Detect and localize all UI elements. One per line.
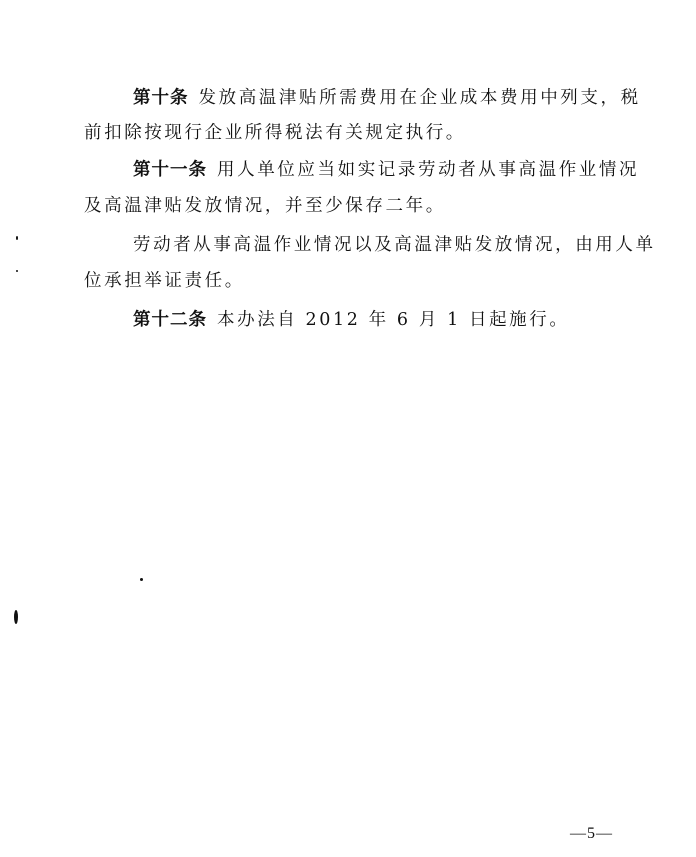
article-10-line-1: 第十条发放高温津贴所需费用在企业成本费用中列支，税 [133, 86, 616, 110]
article-12-text-1: 本办法自 2012 年 6 月 1 日起施行。 [217, 310, 569, 330]
scan-speck [16, 270, 18, 272]
article-10-text-1: 发放高温津贴所需费用在企业成本费用中列支，税 [199, 88, 641, 108]
scan-speck [14, 610, 18, 624]
document-page: 第十条发放高温津贴所需费用在企业成本费用中列支，税 前扣除按现行企业所得税法有关… [0, 0, 696, 857]
paragraph-burden-line-1: 劳动者从事高温作业情况以及高温津贴发放情况，由用人单 [133, 233, 616, 257]
article-11-heading: 第十一条 [133, 160, 207, 180]
article-10-line-2: 前扣除按现行企业所得税法有关规定执行。 [84, 121, 616, 145]
paragraph-burden-line-2: 位承担举证责任。 [84, 269, 616, 293]
article-11-text-1: 用人单位应当如实记录劳动者从事高温作业情况 [217, 160, 639, 180]
article-11-line-1: 第十一条用人单位应当如实记录劳动者从事高温作业情况 [133, 158, 616, 182]
article-11-line-2: 及高温津贴发放情况，并至少保存二年。 [84, 194, 616, 218]
article-12-line-1: 第十二条本办法自 2012 年 6 月 1 日起施行。 [133, 308, 616, 332]
article-10-heading: 第十条 [133, 88, 189, 108]
page-number: —5— [570, 825, 613, 843]
scan-speck [140, 578, 143, 581]
article-12-heading: 第十二条 [133, 310, 207, 330]
scan-speck [16, 236, 18, 240]
